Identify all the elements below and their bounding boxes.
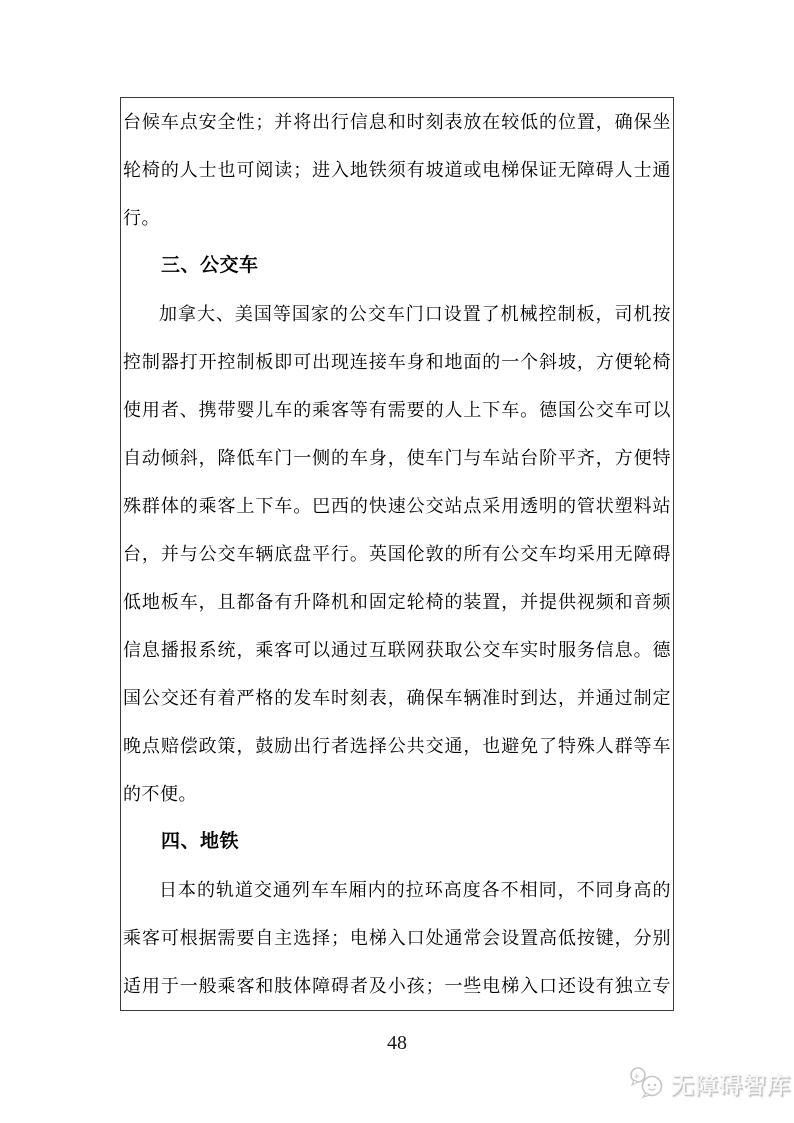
text-line: 适用于一般乘客和肢体障碍者及小孩；一些电梯入口还设有独立专 bbox=[123, 962, 671, 1010]
text-line: 加拿大、美国等国家的公交车门口设置了机械控制板，司机按 bbox=[123, 290, 671, 338]
text-line: 乘客可根据需要自主选择；电梯入口处通常会设置高低按键，分别 bbox=[123, 914, 671, 962]
text-line: 日本的轨道交通列车车厢内的拉环高度各不相同，不同身高的 bbox=[123, 866, 671, 914]
page-number: 48 bbox=[0, 1032, 794, 1055]
watermark-label: 无障碍智库 bbox=[671, 1067, 791, 1100]
text-line: 晚点赔偿政策，鼓励出行者选择公共交通，也避免了特殊人群等车 bbox=[123, 722, 671, 770]
text-line: 殊群体的乘客上下车。巴西的快速公交站点采用透明的管状塑料站 bbox=[123, 482, 671, 530]
document-page: 台候车点安全性；并将出行信息和时刻表放在较低的位置，确保坐 轮椅的人士也可阅读；… bbox=[0, 0, 794, 1123]
section-heading-subway: 四、地铁 bbox=[123, 818, 671, 866]
text-line: 信息播报系统，乘客可以通过互联网获取公交车实时服务信息。德 bbox=[123, 626, 671, 674]
text-line: 行。 bbox=[123, 194, 671, 242]
text-line: 使用者、携带婴儿车的乘客等有需要的人上下车。德国公交车可以 bbox=[123, 386, 671, 434]
text-line: 自动倾斜，降低车门一侧的车身，使车门与车站台阶平齐，方便特 bbox=[123, 434, 671, 482]
text-line: 控制器打开控制板即可出现连接车身和地面的一个斜坡，方便轮椅 bbox=[123, 338, 671, 386]
text-line: 轮椅的人士也可阅读；进入地铁须有坡道或电梯保证无障碍人士通 bbox=[123, 146, 671, 194]
text-frame: 台候车点安全性；并将出行信息和时刻表放在较低的位置，确保坐 轮椅的人士也可阅读；… bbox=[120, 97, 674, 1011]
chat-bubbles-icon bbox=[628, 1066, 664, 1100]
text-line: 台候车点安全性；并将出行信息和时刻表放在较低的位置，确保坐 bbox=[123, 98, 671, 146]
text-line: 国公交还有着严格的发车时刻表，确保车辆准时到达，并通过制定 bbox=[123, 674, 671, 722]
watermark: 无障碍智库 bbox=[628, 1066, 791, 1100]
text-line: 台，并与公交车辆底盘平行。英国伦敦的所有公交车均采用无障碍 bbox=[123, 530, 671, 578]
section-heading-bus: 三、公交车 bbox=[123, 242, 671, 290]
text-line: 低地板车，且都备有升降机和固定轮椅的装置，并提供视频和音频 bbox=[123, 578, 671, 626]
text-line: 的不便。 bbox=[123, 770, 671, 818]
